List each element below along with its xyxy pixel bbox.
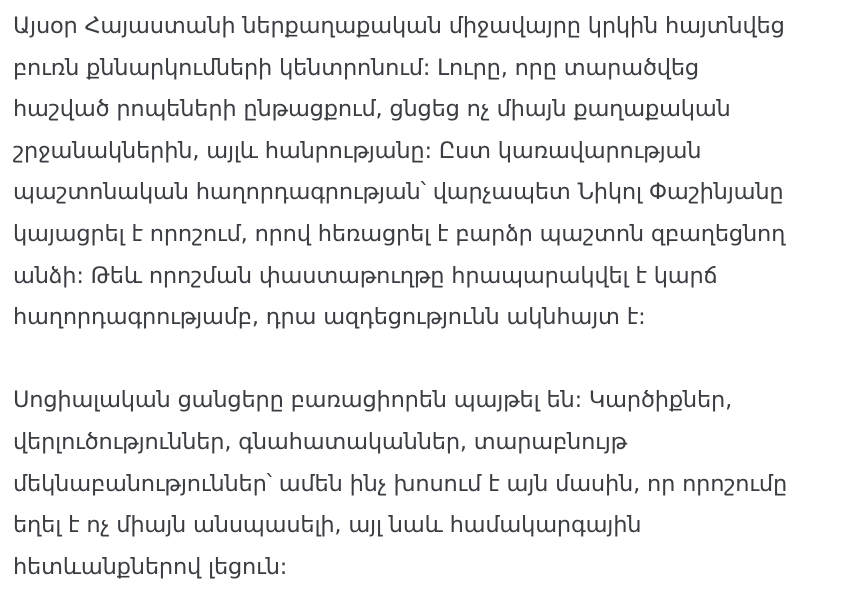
text-line: բուռն քննարկումների կենտրոնում: Լուրը, ո… xyxy=(13,48,843,90)
text-line: հետևանքներով լեցուն: xyxy=(13,547,843,589)
text-line: մեկնաբանություններ՝ ամեն ինչ խոսում է այ… xyxy=(13,464,843,506)
text-line: եղել է ոչ միայն անսպասելի, այլ նաև համակ… xyxy=(13,505,843,547)
text-line: Սոցիալական ցանցերը բառացիորեն պայթել են:… xyxy=(13,380,843,422)
text-line: կայացրել է որոշում, որով հեռացրել է բարձ… xyxy=(13,214,843,256)
text-line: շրջանակներին, այլև հանրությանը: Ըստ կառա… xyxy=(13,131,843,173)
text-line: վերլուծություններ, գնահատականներ, տարաբն… xyxy=(13,422,843,464)
text-line: պաշտոնական հաղորդագրության՝ վարչապետ Նիկ… xyxy=(13,172,843,214)
text-line: անձի: Թեև որոշման փաստաթուղթը հրապարակվե… xyxy=(13,256,843,298)
text-line: հաշված րոպեների ընթացքում, ցնցեց ոչ միայ… xyxy=(13,89,843,131)
paragraph-1: Այսօր Հայաստանի ներքաղաքական միջավայրը կ… xyxy=(13,6,843,339)
article-body: Այսօր Հայաստանի ներքաղաքական միջավայրը կ… xyxy=(13,6,843,588)
text-line: Այսօր Հայաստանի ներքաղաքական միջավայրը կ… xyxy=(13,6,843,48)
text-line: հաղորդագրությամբ, դրա ազդեցությունն ակնհ… xyxy=(13,297,843,339)
paragraph-2: Սոցիալական ցանցերը բառացիորեն պայթել են:… xyxy=(13,380,843,588)
